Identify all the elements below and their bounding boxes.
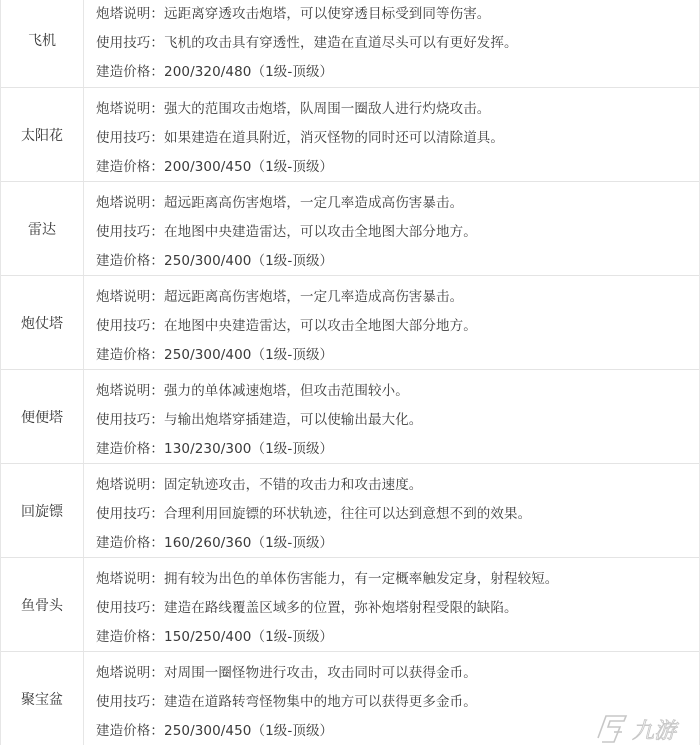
description-label: 炮塔说明： <box>96 289 164 305</box>
tip-label: 使用技巧： <box>96 130 164 146</box>
table-row: 雷达 炮塔说明：超远距离高伤害炮塔，一定几率造成高伤害暴击。 使用技巧：在地图中… <box>1 181 699 275</box>
tip-label: 使用技巧： <box>96 412 164 428</box>
tip-text: 建造在道路转弯怪物集中的地方可以获得更多金币。 <box>164 694 477 710</box>
tower-name: 飞机 <box>1 0 84 87</box>
tower-details: 炮塔说明：超远距离高伤害炮塔，一定几率造成高伤害暴击。 使用技巧：在地图中央建造… <box>84 276 699 369</box>
description-text: 拥有较为出色的单体伤害能力，有一定概率触发定身，射程较短。 <box>164 571 558 587</box>
description-text: 超远距离高伤害炮塔，一定几率造成高伤害暴击。 <box>164 195 463 211</box>
tip-label: 使用技巧： <box>96 35 164 51</box>
table-row: 便便塔 炮塔说明：强力的单体减速炮塔，但攻击范围较小。 使用技巧：与输出炮塔穿插… <box>1 369 699 463</box>
price-text: 200/320/480（1级-顶级） <box>164 64 333 80</box>
tower-tip: 使用技巧：合理利用回旋镖的环状轨迹，往往可以达到意想不到的效果。 <box>96 500 699 529</box>
price-label: 建造价格： <box>96 159 164 175</box>
tower-price: 建造价格：160/260/360（1级-顶级） <box>96 529 699 558</box>
tower-details: 炮塔说明：强力的单体减速炮塔，但攻击范围较小。 使用技巧：与输出炮塔穿插建造，可… <box>84 370 699 463</box>
tower-tip: 使用技巧：在地图中央建造雷达，可以攻击全地图大部分地方。 <box>96 218 699 247</box>
tip-text: 如果建造在道具附近，消灭怪物的同时还可以清除道具。 <box>164 130 504 146</box>
tower-name: 炮仗塔 <box>1 276 84 369</box>
tower-name: 聚宝盆 <box>1 652 84 745</box>
price-text: 250/300/450（1级-顶级） <box>164 723 333 739</box>
tower-price: 建造价格：130/230/300（1级-顶级） <box>96 435 699 464</box>
tip-text: 合理利用回旋镖的环状轨迹，往往可以达到意想不到的效果。 <box>164 506 531 522</box>
table-row: 回旋镖 炮塔说明：固定轨迹攻击，不错的攻击力和攻击速度。 使用技巧：合理利用回旋… <box>1 463 699 557</box>
price-text: 160/260/360（1级-顶级） <box>164 535 333 551</box>
tip-text: 飞机的攻击具有穿透性，建造在直道尽头可以有更好发挥。 <box>164 35 518 51</box>
watermark: 九游 <box>592 708 696 748</box>
description-text: 对周围一圈怪物进行攻击，攻击同时可以获得金币。 <box>164 665 477 681</box>
tower-description: 炮塔说明：强力的单体减速炮塔，但攻击范围较小。 <box>96 377 699 406</box>
table-row: 飞机 炮塔说明：远距离穿透攻击炮塔，可以使穿透目标受到同等伤害。 使用技巧：飞机… <box>1 0 699 87</box>
tower-price: 建造价格：250/300/400（1级-顶级） <box>96 247 699 276</box>
description-text: 强大的范围攻击炮塔，队周围一圈敌人进行灼烧攻击。 <box>164 101 490 117</box>
description-label: 炮塔说明： <box>96 571 164 587</box>
tower-price: 建造价格：250/300/400（1级-顶级） <box>96 341 699 370</box>
price-text: 200/300/450（1级-顶级） <box>164 159 333 175</box>
tower-description: 炮塔说明：对周围一圈怪物进行攻击，攻击同时可以获得金币。 <box>96 659 699 688</box>
tip-label: 使用技巧： <box>96 694 164 710</box>
description-text: 固定轨迹攻击，不错的攻击力和攻击速度。 <box>164 477 422 493</box>
tip-text: 在地图中央建造雷达，可以攻击全地图大部分地方。 <box>164 224 477 240</box>
tower-description: 炮塔说明：拥有较为出色的单体伤害能力，有一定概率触发定身，射程较短。 <box>96 565 699 594</box>
tip-label: 使用技巧： <box>96 506 164 522</box>
tower-details: 炮塔说明：强大的范围攻击炮塔，队周围一圈敌人进行灼烧攻击。 使用技巧：如果建造在… <box>84 88 699 181</box>
tower-table: 飞机 炮塔说明：远距离穿透攻击炮塔，可以使穿透目标受到同等伤害。 使用技巧：飞机… <box>0 0 700 745</box>
jiuyou-logo-icon: 九游 <box>592 708 696 748</box>
price-label: 建造价格： <box>96 253 164 269</box>
tower-price: 建造价格：150/250/400（1级-顶级） <box>96 623 699 652</box>
table-row: 鱼骨头 炮塔说明：拥有较为出色的单体伤害能力，有一定概率触发定身，射程较短。 使… <box>1 557 699 651</box>
price-label: 建造价格： <box>96 347 164 363</box>
tower-description: 炮塔说明：超远距离高伤害炮塔，一定几率造成高伤害暴击。 <box>96 283 699 312</box>
tip-label: 使用技巧： <box>96 224 164 240</box>
description-label: 炮塔说明： <box>96 477 164 493</box>
description-text: 远距离穿透攻击炮塔，可以使穿透目标受到同等伤害。 <box>164 6 490 22</box>
tower-details: 炮塔说明：拥有较为出色的单体伤害能力，有一定概率触发定身，射程较短。 使用技巧：… <box>84 558 699 651</box>
description-label: 炮塔说明： <box>96 195 164 211</box>
tower-description: 炮塔说明：固定轨迹攻击，不错的攻击力和攻击速度。 <box>96 471 699 500</box>
price-text: 250/300/400（1级-顶级） <box>164 347 333 363</box>
table-row: 太阳花 炮塔说明：强大的范围攻击炮塔，队周围一圈敌人进行灼烧攻击。 使用技巧：如… <box>1 87 699 181</box>
tip-text: 在地图中央建造雷达，可以攻击全地图大部分地方。 <box>164 318 477 334</box>
description-label: 炮塔说明： <box>96 665 164 681</box>
tower-details: 炮塔说明：固定轨迹攻击，不错的攻击力和攻击速度。 使用技巧：合理利用回旋镖的环状… <box>84 464 699 557</box>
description-label: 炮塔说明： <box>96 6 164 22</box>
description-text: 强力的单体减速炮塔，但攻击范围较小。 <box>164 383 409 399</box>
price-label: 建造价格： <box>96 64 164 80</box>
tower-description: 炮塔说明：远距离穿透攻击炮塔，可以使穿透目标受到同等伤害。 <box>96 0 699 29</box>
description-text: 超远距离高伤害炮塔，一定几率造成高伤害暴击。 <box>164 289 463 305</box>
price-text: 250/300/400（1级-顶级） <box>164 253 333 269</box>
tower-tip: 使用技巧：与输出炮塔穿插建造，可以使输出最大化。 <box>96 406 699 435</box>
price-label: 建造价格： <box>96 535 164 551</box>
price-text: 130/230/300（1级-顶级） <box>164 441 333 457</box>
tip-text: 与输出炮塔穿插建造，可以使输出最大化。 <box>164 412 422 428</box>
price-label: 建造价格： <box>96 629 164 645</box>
tip-text: 建造在路线覆盖区域多的位置，弥补炮塔射程受限的缺陷。 <box>164 600 518 616</box>
tower-name: 太阳花 <box>1 88 84 181</box>
tower-description: 炮塔说明：强大的范围攻击炮塔，队周围一圈敌人进行灼烧攻击。 <box>96 95 699 124</box>
watermark-text: 九游 <box>632 719 679 744</box>
price-label: 建造价格： <box>96 723 164 739</box>
tower-description: 炮塔说明：超远距离高伤害炮塔，一定几率造成高伤害暴击。 <box>96 189 699 218</box>
description-label: 炮塔说明： <box>96 383 164 399</box>
tip-label: 使用技巧： <box>96 600 164 616</box>
table-row: 炮仗塔 炮塔说明：超远距离高伤害炮塔，一定几率造成高伤害暴击。 使用技巧：在地图… <box>1 275 699 369</box>
price-label: 建造价格： <box>96 441 164 457</box>
tower-tip: 使用技巧：在地图中央建造雷达，可以攻击全地图大部分地方。 <box>96 312 699 341</box>
tower-price: 建造价格：200/300/450（1级-顶级） <box>96 153 699 182</box>
tower-tip: 使用技巧：建造在路线覆盖区域多的位置，弥补炮塔射程受限的缺陷。 <box>96 594 699 623</box>
price-text: 150/250/400（1级-顶级） <box>164 629 333 645</box>
description-label: 炮塔说明： <box>96 101 164 117</box>
tower-name: 鱼骨头 <box>1 558 84 651</box>
tower-name: 便便塔 <box>1 370 84 463</box>
tower-name: 回旋镖 <box>1 464 84 557</box>
tower-name: 雷达 <box>1 182 84 275</box>
tower-details: 炮塔说明：超远距离高伤害炮塔，一定几率造成高伤害暴击。 使用技巧：在地图中央建造… <box>84 182 699 275</box>
tower-price: 建造价格：200/320/480（1级-顶级） <box>96 58 699 87</box>
tower-details: 炮塔说明：远距离穿透攻击炮塔，可以使穿透目标受到同等伤害。 使用技巧：飞机的攻击… <box>84 0 699 87</box>
tip-label: 使用技巧： <box>96 318 164 334</box>
tower-tip: 使用技巧：飞机的攻击具有穿透性，建造在直道尽头可以有更好发挥。 <box>96 29 699 58</box>
tower-tip: 使用技巧：如果建造在道具附近，消灭怪物的同时还可以清除道具。 <box>96 124 699 153</box>
